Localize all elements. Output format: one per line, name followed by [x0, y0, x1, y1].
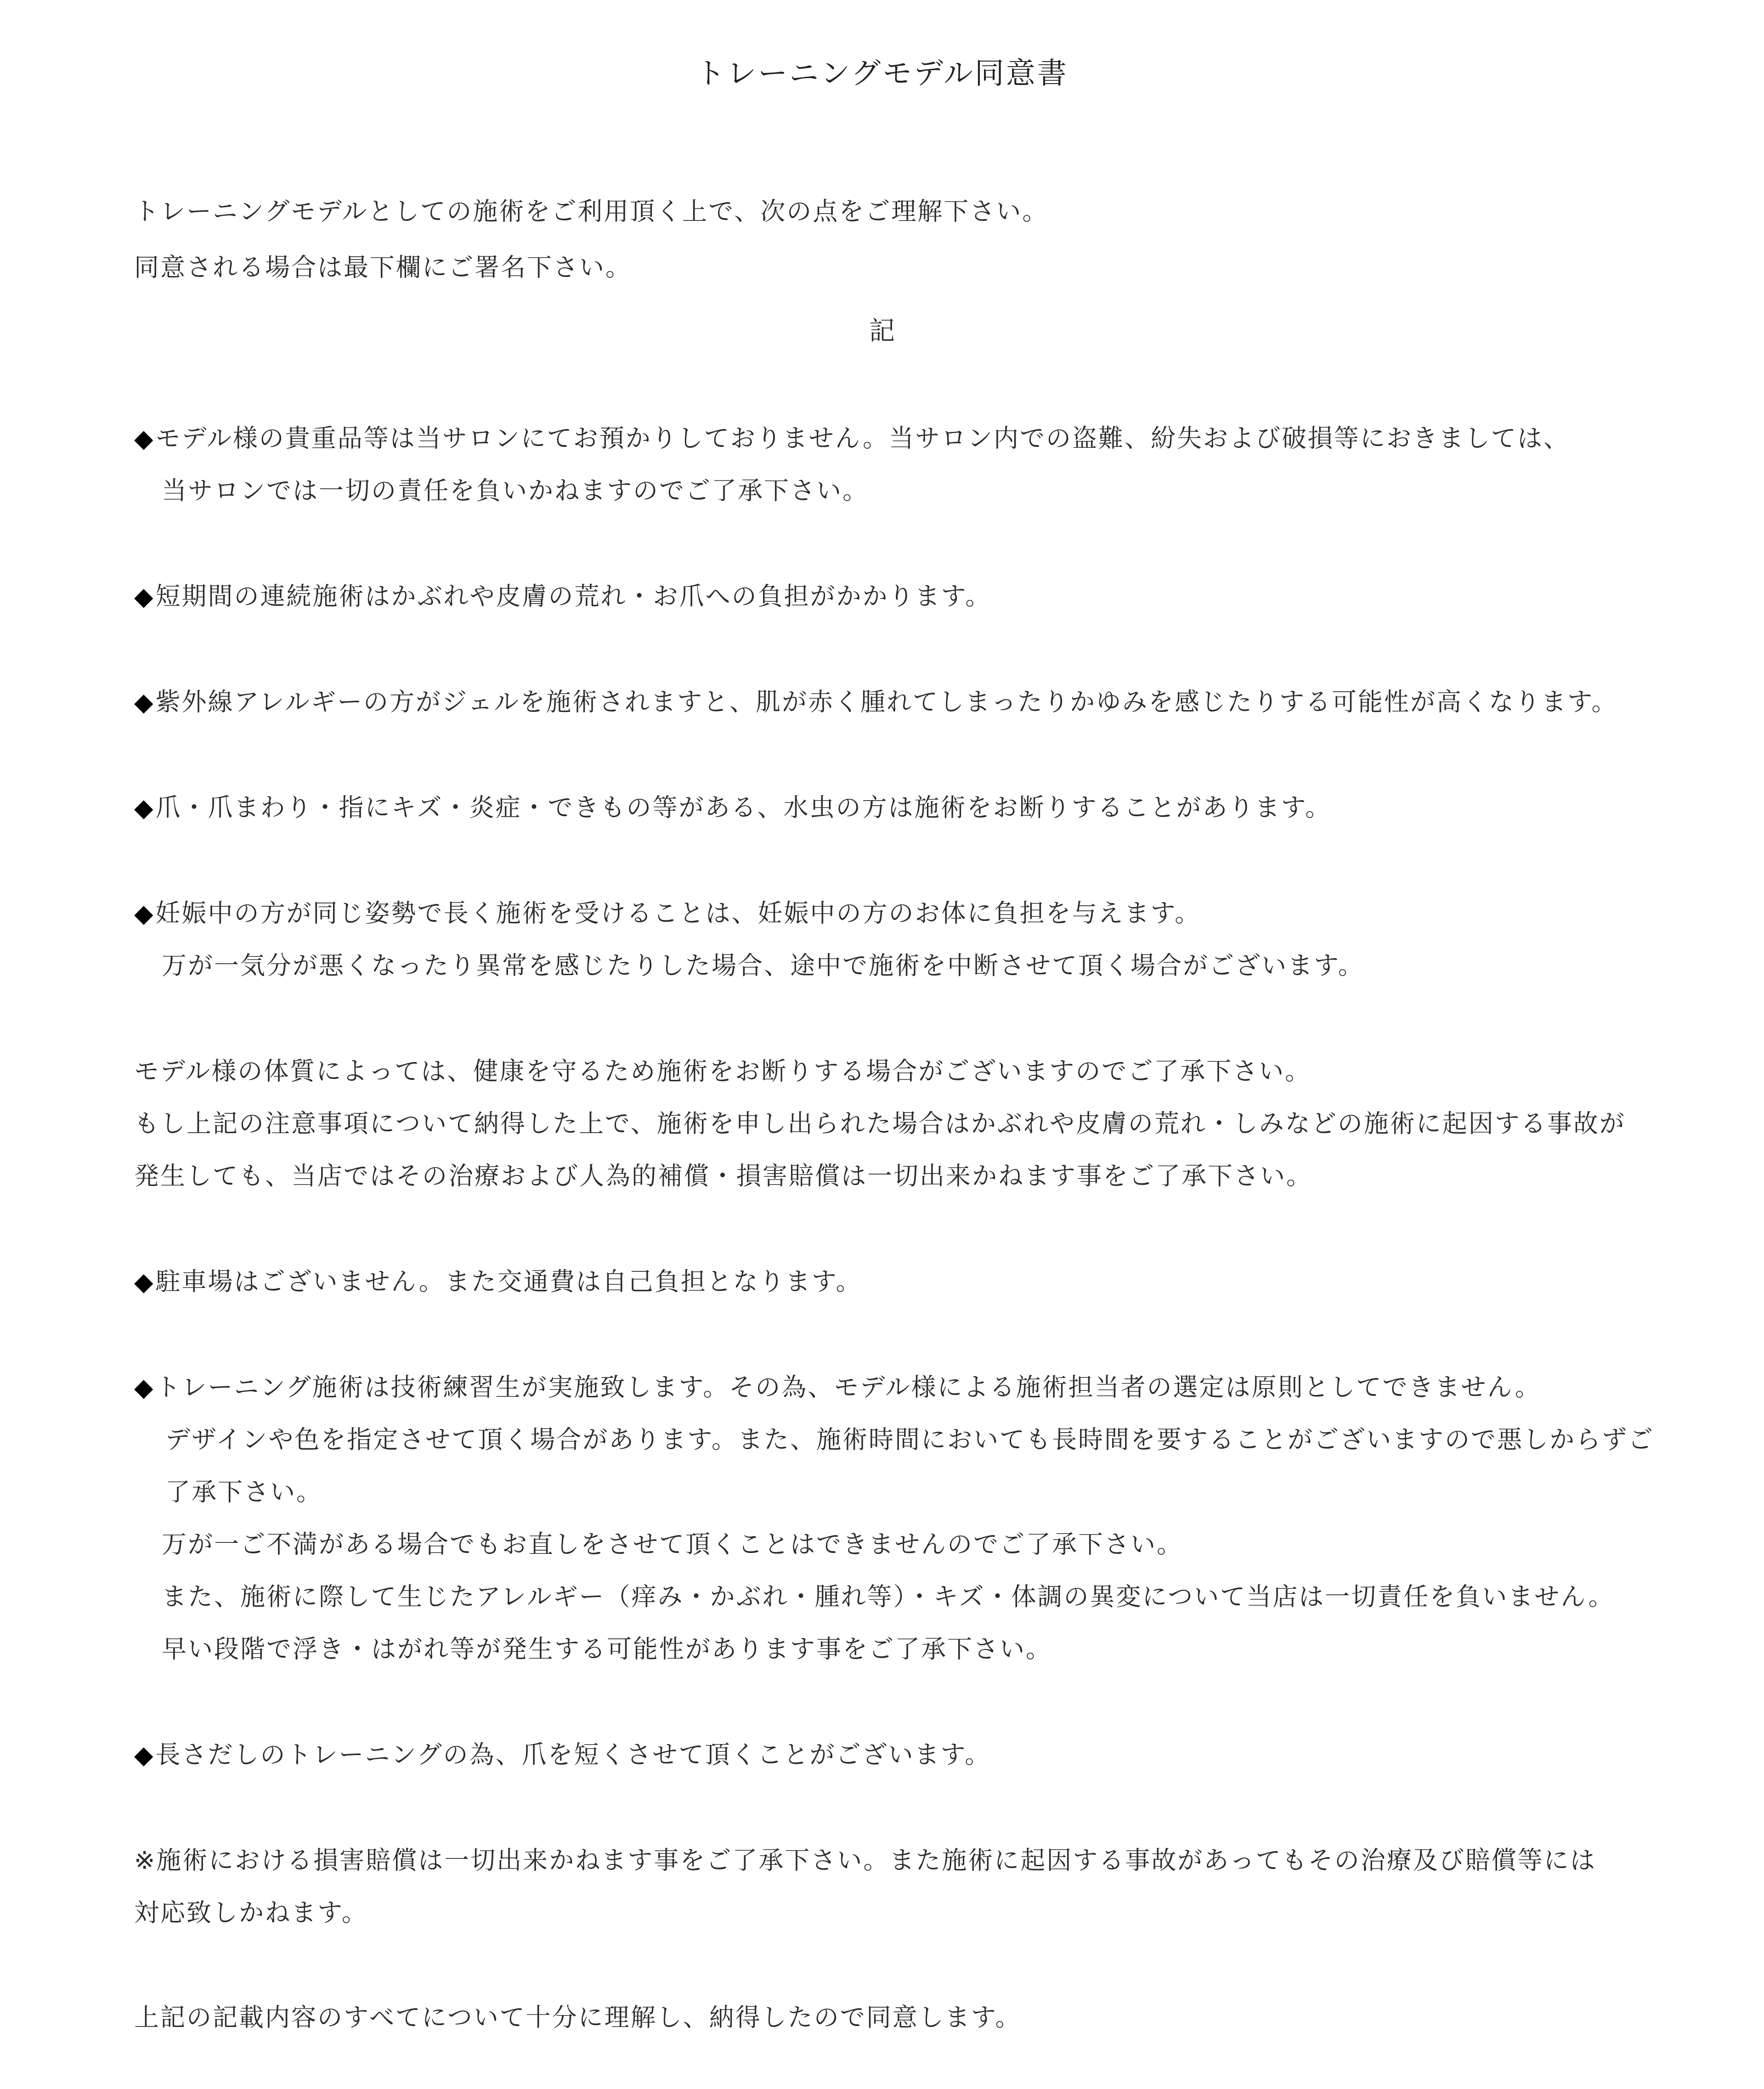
section-training-line-3: 了承下さい。 [165, 1476, 322, 1508]
section-text: 短期間の連続施術はかぶれや皮膚の荒れ・お爪への負担がかかります。 [156, 582, 992, 611]
bullet-diamond-icon: ◆ [134, 423, 155, 455]
section-training-line-5: また、施術に際して生じたアレルギー（痒み・かぶれ・腫れ等）・キズ・体調の異変につ… [162, 1581, 1615, 1613]
closing-statement: 上記の記載内容のすべてについて十分に理解し、納得したので同意します。 [134, 2002, 1022, 2034]
section-text: 施術における損害賠償は一切出来かねます事をご了承下さい。また施術に起因する事故が… [156, 1846, 1596, 1875]
bullet-diamond-icon: ◆ [134, 1739, 155, 1771]
ki-heading: 記 [0, 311, 1764, 347]
section-uv-allergy-line-1: ◆紫外線アレルギーの方がジェルを施術されますと、肌が赤く腫れてしまったりかゆみを… [134, 686, 1618, 718]
document-title: トレーニングモデル同意書 [0, 50, 1764, 92]
section-pregnancy-line-1: ◆妊娠中の方が同じ姿勢で長く施術を受けることは、妊娠中の方のお体に負担を与えます… [134, 898, 1201, 930]
section-constitution-line-1: モデル様の体質によっては、健康を守るため施術をお断りする場合がございますのでご了… [134, 1056, 1311, 1088]
bullet-diamond-icon: ◆ [134, 898, 155, 930]
section-training-line-6: 早い段階で浮き・はがれ等が発生する可能性があります事をご了承下さい。 [162, 1633, 1052, 1666]
bullet-diamond-icon: ◆ [134, 792, 155, 824]
section-training-line-2: デザインや色を指定させて頂く場合があります。また、施術時間においても長時間を要す… [165, 1424, 1654, 1456]
section-pregnancy-line-2: 万が一気分が悪くなったり異常を感じたりした場合、途中で施術を中断させて頂く場合が… [162, 950, 1364, 982]
section-text: トレーニング施術は技術練習生が実施致します。その為、モデル様による施術担当者の選… [156, 1373, 1541, 1402]
bullet-diamond-icon: ◆ [134, 1372, 155, 1404]
bullet-diamond-icon: ◆ [134, 686, 155, 718]
bullet-diamond-icon: ◆ [134, 581, 155, 613]
section-text: 駐車場はございません。また交通費は自己負担となります。 [156, 1267, 862, 1296]
section-text: 紫外線アレルギーの方がジェルを施術されますと、肌が赤く腫れてしまったりかゆみを感… [156, 688, 1618, 717]
section-valuables-line-1: ◆モデル様の貴重品等は当サロンにてお預かりしておりません。当サロン内での盗難、紛… [134, 423, 1570, 455]
section-nail-condition-line-1: ◆爪・爪まわり・指にキズ・炎症・できもの等がある、水虫の方は施術をお断りすること… [134, 792, 1331, 824]
section-nail-length-line-1: ◆長さだしのトレーニングの為、爪を短くさせて頂くことがございます。 [134, 1739, 991, 1771]
section-text: 爪・爪まわり・指にキズ・炎症・できもの等がある、水虫の方は施術をお断りすることが… [156, 793, 1332, 822]
section-training-line-4: 万が一ご不満がある場合でもお直しをさせて頂くことはできませんのでご了承下さい。 [162, 1529, 1183, 1561]
intro-line-1: トレーニングモデルとしての施術をご利用頂く上で、次の点をご理解下さい。 [134, 196, 1048, 228]
section-parking-line-1: ◆駐車場はございません。また交通費は自己負担となります。 [134, 1266, 862, 1298]
section-note-line-2: 対応致しかねます。 [134, 1897, 368, 1929]
section-text: モデル様の貴重品等は当サロンにてお預かりしておりません。当サロン内での盗難、紛失… [156, 424, 1570, 453]
section-training-line-1: ◆トレーニング施術は技術練習生が実施致します。その為、モデル様による施術担当者の… [134, 1372, 1541, 1404]
section-note-line-1: ※施術における損害賠償は一切出来かねます事をご了承下さい。また施術に起因する事故… [134, 1845, 1596, 1877]
section-text: 妊娠中の方が同じ姿勢で長く施術を受けることは、妊娠中の方のお体に負担を与えます。 [156, 899, 1201, 928]
section-valuables-line-2: 当サロンでは一切の責任を負いかねますのでご了承下さい。 [162, 475, 869, 507]
note-mark-icon: ※ [134, 1846, 156, 1875]
section-short-interval-line-1: ◆短期間の連続施術はかぶれや皮膚の荒れ・お爪への負担がかかります。 [134, 581, 991, 613]
section-constitution-line-2: もし上記の注意事項について納得した上で、施術を申し出られた場合はかぶれや皮膚の荒… [134, 1108, 1626, 1140]
section-text: 長さだしのトレーニングの為、爪を短くさせて頂くことがございます。 [156, 1740, 991, 1769]
bullet-diamond-icon: ◆ [134, 1266, 155, 1298]
intro-line-2: 同意される場合は最下欄にご署名下さい。 [134, 252, 632, 284]
section-constitution-line-3: 発生しても、当店ではその治療および人為的補償・損害賠償は一切出来かねます事をご了… [134, 1160, 1312, 1192]
